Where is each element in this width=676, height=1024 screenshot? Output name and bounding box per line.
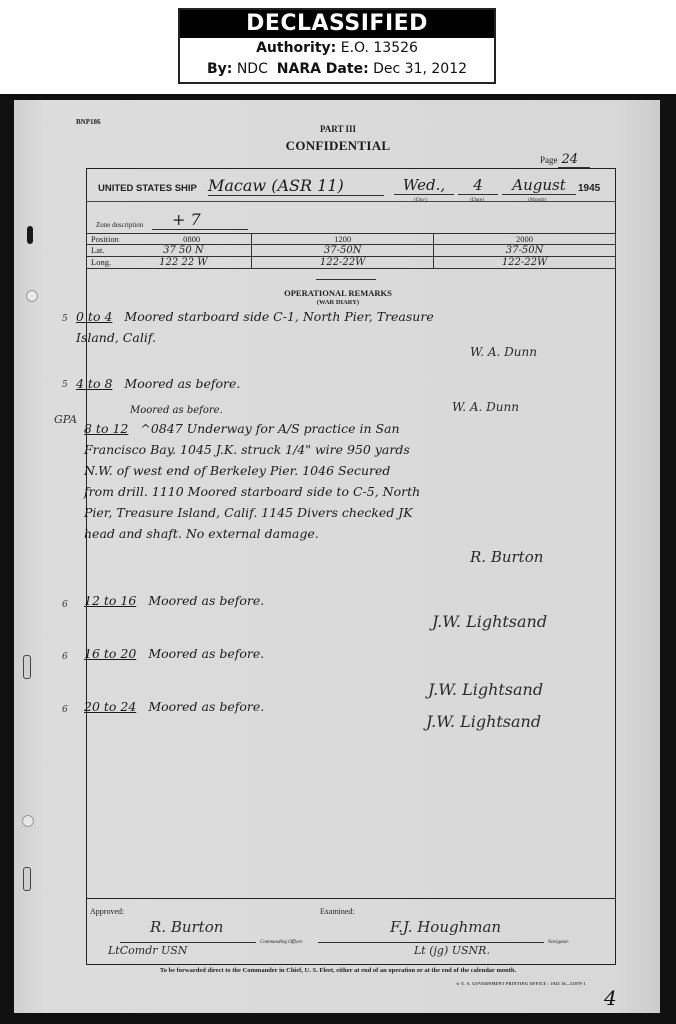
watch-officer-signature: J.W. Lightsand <box>432 612 547 631</box>
stamp-by-date: By: NDC NARA Date: Dec 31, 2012 <box>180 59 494 80</box>
watch-officer-signature: J.W. Lightsand <box>426 712 541 731</box>
punch-hole-icon <box>22 815 34 827</box>
signature-line <box>318 942 544 943</box>
log-entry: 8 to 12^0847 Underway for A/S practice i… <box>84 418 624 544</box>
stamp-authority: Authority: E.O. 13526 <box>180 38 494 59</box>
examined-label: Examined: <box>320 907 355 916</box>
divider <box>86 898 616 899</box>
position-table: Position 0800 1200 2000 Lat. 37 50 N 37-… <box>86 233 616 269</box>
margin-initials: GPA <box>54 413 77 426</box>
watch-officer-signature: W. A. Dunn <box>452 400 519 414</box>
navigator-signature: F.J. Houghman <box>390 918 501 936</box>
binder-clip-icon <box>23 867 31 891</box>
page-number: Page24 <box>540 152 590 167</box>
commanding-officer-role: Commanding Officer. <box>260 940 303 945</box>
watch-officer-signature: R. Burton <box>470 548 543 566</box>
zone-value: + 7 <box>152 210 248 230</box>
table-row: Lat. 37 50 N 37-50N 37-50N <box>87 245 616 257</box>
watch-period: 16 to 20 <box>84 646 136 661</box>
margin-mark: 6 <box>62 705 68 715</box>
zone-label: Zone description <box>96 221 143 229</box>
commanding-officer-rank: LtComdr USN <box>108 944 187 957</box>
log-entry: 4 to 8Moored as before. <box>76 373 616 394</box>
watch-period: 4 to 8 <box>76 376 112 391</box>
ship-label: UNITED STATES SHIP <box>98 183 197 194</box>
month-field: August <box>502 176 576 195</box>
margin-mark: 5 <box>62 380 68 390</box>
declassified-stamp: DECLASSIFIED Authority: E.O. 13526 By: N… <box>178 8 496 84</box>
inserted-text: Moored as before. <box>130 404 223 418</box>
day-sublabel: (Day) <box>414 197 427 203</box>
forwarding-instruction: To be forwarded direct to the Commander … <box>0 967 676 974</box>
table-row: Position 0800 1200 2000 <box>87 234 616 245</box>
year-field: 1945 <box>578 183 600 194</box>
month-sublabel: (Month) <box>528 197 546 203</box>
binder-clip-icon <box>27 226 33 244</box>
navigator-rank: Lt (jg) USNR. <box>414 944 490 957</box>
remarks-subtitle: (WAR DIARY) <box>0 299 676 306</box>
binder-clip-icon <box>23 655 31 679</box>
printer-imprint: ☆ U. S. GOVERNMENT PRINTING OFFICE : 194… <box>456 981 586 986</box>
signature-line <box>120 942 256 943</box>
margin-mark: 6 <box>62 652 68 662</box>
ship-name-field: Macaw (ASR 11) <box>208 176 384 196</box>
margin-mark: 5 <box>62 314 68 324</box>
table-row: Long. 122 22 W 122-22W 122-22W <box>87 257 616 269</box>
archive-number: 4 <box>604 986 617 1010</box>
commanding-officer-signature: R. Burton <box>150 918 223 936</box>
margin-mark: 6 <box>62 600 68 610</box>
divider <box>316 279 376 280</box>
log-entry: 0 to 4Moored starboard side C-1, North P… <box>76 306 616 348</box>
watch-officer-signature: W. A. Dunn <box>470 345 537 359</box>
divider <box>86 201 616 202</box>
log-entry: 16 to 20Moored as before. <box>84 643 624 664</box>
log-entry: 12 to 16Moored as before. <box>84 590 624 611</box>
stamp-title: DECLASSIFIED <box>180 10 494 38</box>
log-entry: 20 to 24Moored as before. <box>84 696 624 717</box>
watch-period: 12 to 16 <box>84 593 136 608</box>
approved-label: Approved: <box>90 907 124 916</box>
navigator-role: Navigator. <box>548 940 569 945</box>
date-sublabel: (Date) <box>470 197 484 203</box>
remarks-title: OPERATIONAL REMARKS <box>0 288 676 298</box>
part-heading: PART III <box>0 124 676 134</box>
watch-period: 20 to 24 <box>84 699 136 714</box>
watch-period: 0 to 4 <box>76 309 112 324</box>
watch-period: 8 to 12 <box>84 421 128 436</box>
date-field: 4 <box>458 176 498 195</box>
day-field: Wed., <box>394 176 454 195</box>
